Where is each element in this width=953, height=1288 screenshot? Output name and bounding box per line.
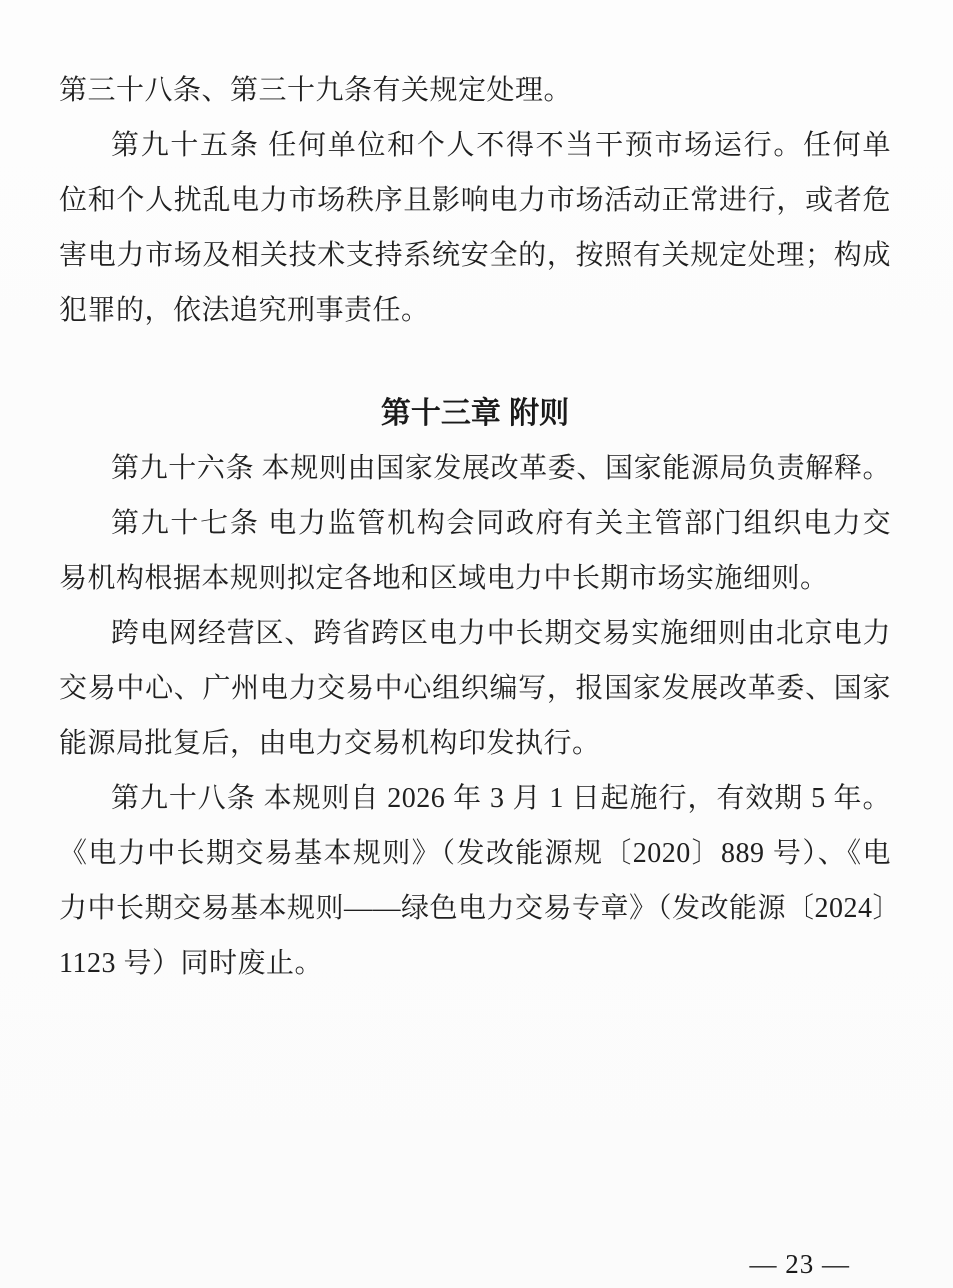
document-page: 第三十八条、第三十九条有关规定处理。 第九十五条 任何单位和个人不得不当干预市场… [0, 0, 953, 1288]
text-line: 第九十六条 本规则由国家发展改革委、国家能源局负责解释。 [59, 441, 891, 496]
text-line: 力中长期交易基本规则——绿色电力交易专章》（发改能源〔2024〕 [59, 881, 891, 936]
text-line: 第三十八条、第三十九条有关规定处理。 [59, 63, 891, 118]
text-line: 跨电网经营区、跨省跨区电力中长期交易实施细则由北京电力 [59, 606, 891, 661]
text-line: 犯罪的，依法追究刑事责任。 [59, 283, 891, 338]
page-number: — 23 — [750, 1248, 851, 1280]
text-line: 能源局批复后，由电力交易机构印发执行。 [59, 716, 891, 771]
chapter-heading: 第十三章 附则 [59, 386, 891, 441]
text-line: 易机构根据本规则拟定各地和区域电力中长期市场实施细则。 [59, 551, 891, 606]
text-line: 第九十五条 任何单位和个人不得不当干预市场运行。任何单 [59, 118, 891, 173]
text-line: 位和个人扰乱电力市场秩序且影响电力市场活动正常进行，或者危 [59, 173, 891, 228]
document-body: 第三十八条、第三十九条有关规定处理。 第九十五条 任何单位和个人不得不当干预市场… [59, 63, 891, 991]
text-line: 第九十七条 电力监管机构会同政府有关主管部门组织电力交 [59, 496, 891, 551]
text-line: 第九十八条 本规则自 2026 年 3 月 1 日起施行，有效期 5 年。 [59, 771, 891, 826]
text-line: 1123 号）同时废止。 [59, 936, 891, 991]
text-line: 《电力中长期交易基本规则》（发改能源规〔2020〕889 号）、《电 [59, 826, 891, 881]
text-line: 交易中心、广州电力交易中心组织编写，报国家发展改革委、国家 [59, 661, 891, 716]
text-line: 害电力市场及相关技术支持系统安全的，按照有关规定处理；构成 [59, 228, 891, 283]
